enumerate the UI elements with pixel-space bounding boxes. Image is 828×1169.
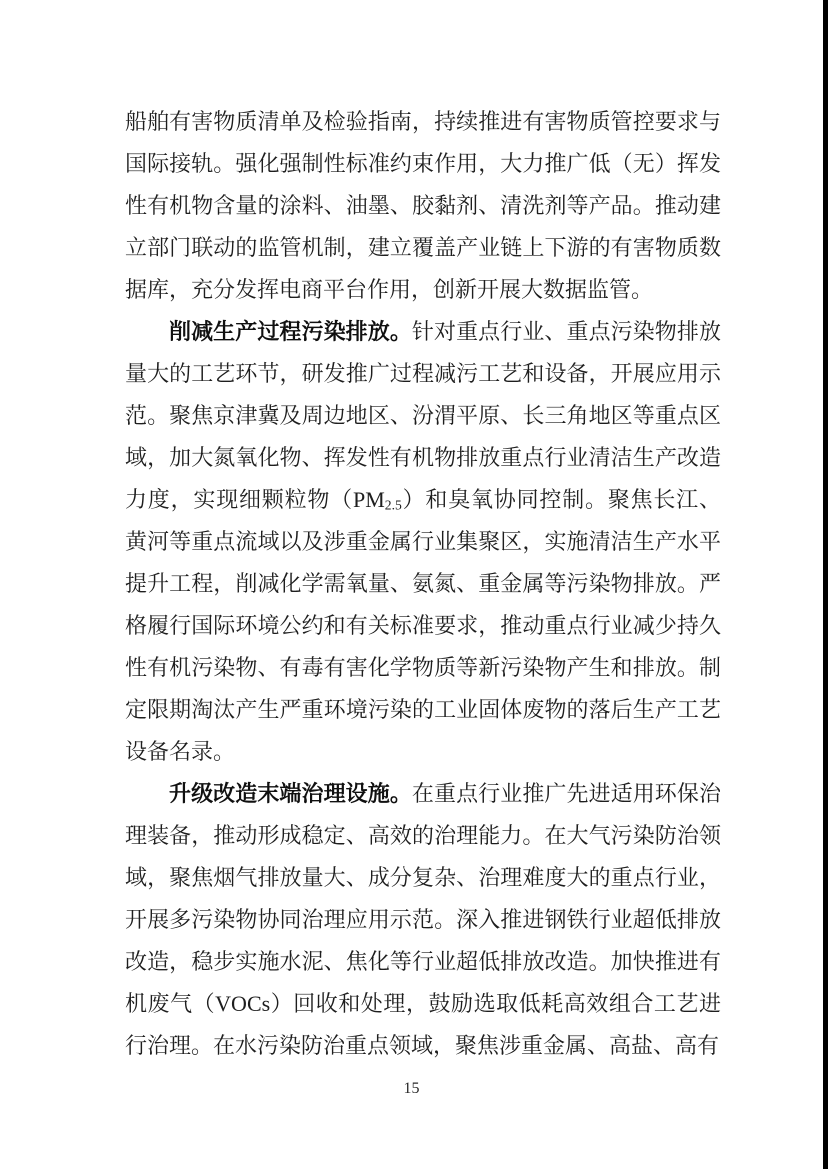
paragraph-upgrade-end-of-pipe-treatment: 升级改造末端治理设施。在重点行业推广先进适用环保治理装备，推动形成稳定、高效的治… xyxy=(125,773,721,1067)
page-body-text: 船舶有害物质清单及检验指南，持续推进有害物质管控要求与国际接轨。强化强制性标准约… xyxy=(125,101,721,1067)
paragraph-lead-bold: 升级改造末端治理设施。 xyxy=(169,781,412,806)
scan-edge-artifact xyxy=(823,0,828,1169)
document-page: 船舶有害物质清单及检验指南，持续推进有害物质管控要求与国际接轨。强化强制性标准约… xyxy=(0,0,828,1169)
paragraph-hazardous-substances-continuation: 船舶有害物质清单及检验指南，持续推进有害物质管控要求与国际接轨。强化强制性标准约… xyxy=(125,101,721,311)
paragraph-body: 船舶有害物质清单及检验指南，持续推进有害物质管控要求与国际接轨。强化强制性标准约… xyxy=(125,109,721,302)
paragraph-lead-bold: 削减生产过程污染排放。 xyxy=(169,319,412,344)
paragraph-body: 在重点行业推广先进适用环保治理装备，推动形成稳定、高效的治理能力。在大气污染防治… xyxy=(125,781,721,1058)
pm25-subscript: 2.5 xyxy=(385,497,402,512)
paragraph-body-before-subscript: 针对重点行业、重点污染物排放量大的工艺环节，研发推广过程减污工艺和设备，开展应用… xyxy=(125,319,721,512)
paragraph-body-after-subscript: ）和臭氧协同控制。聚焦长江、黄河等重点流域以及涉重金属行业集聚区，实施清洁生产水… xyxy=(125,487,721,764)
paragraph-reduce-production-process-pollution: 削减生产过程污染排放。针对重点行业、重点污染物排放量大的工艺环节，研发推广过程减… xyxy=(125,311,721,773)
page-number: 15 xyxy=(0,1080,823,1098)
